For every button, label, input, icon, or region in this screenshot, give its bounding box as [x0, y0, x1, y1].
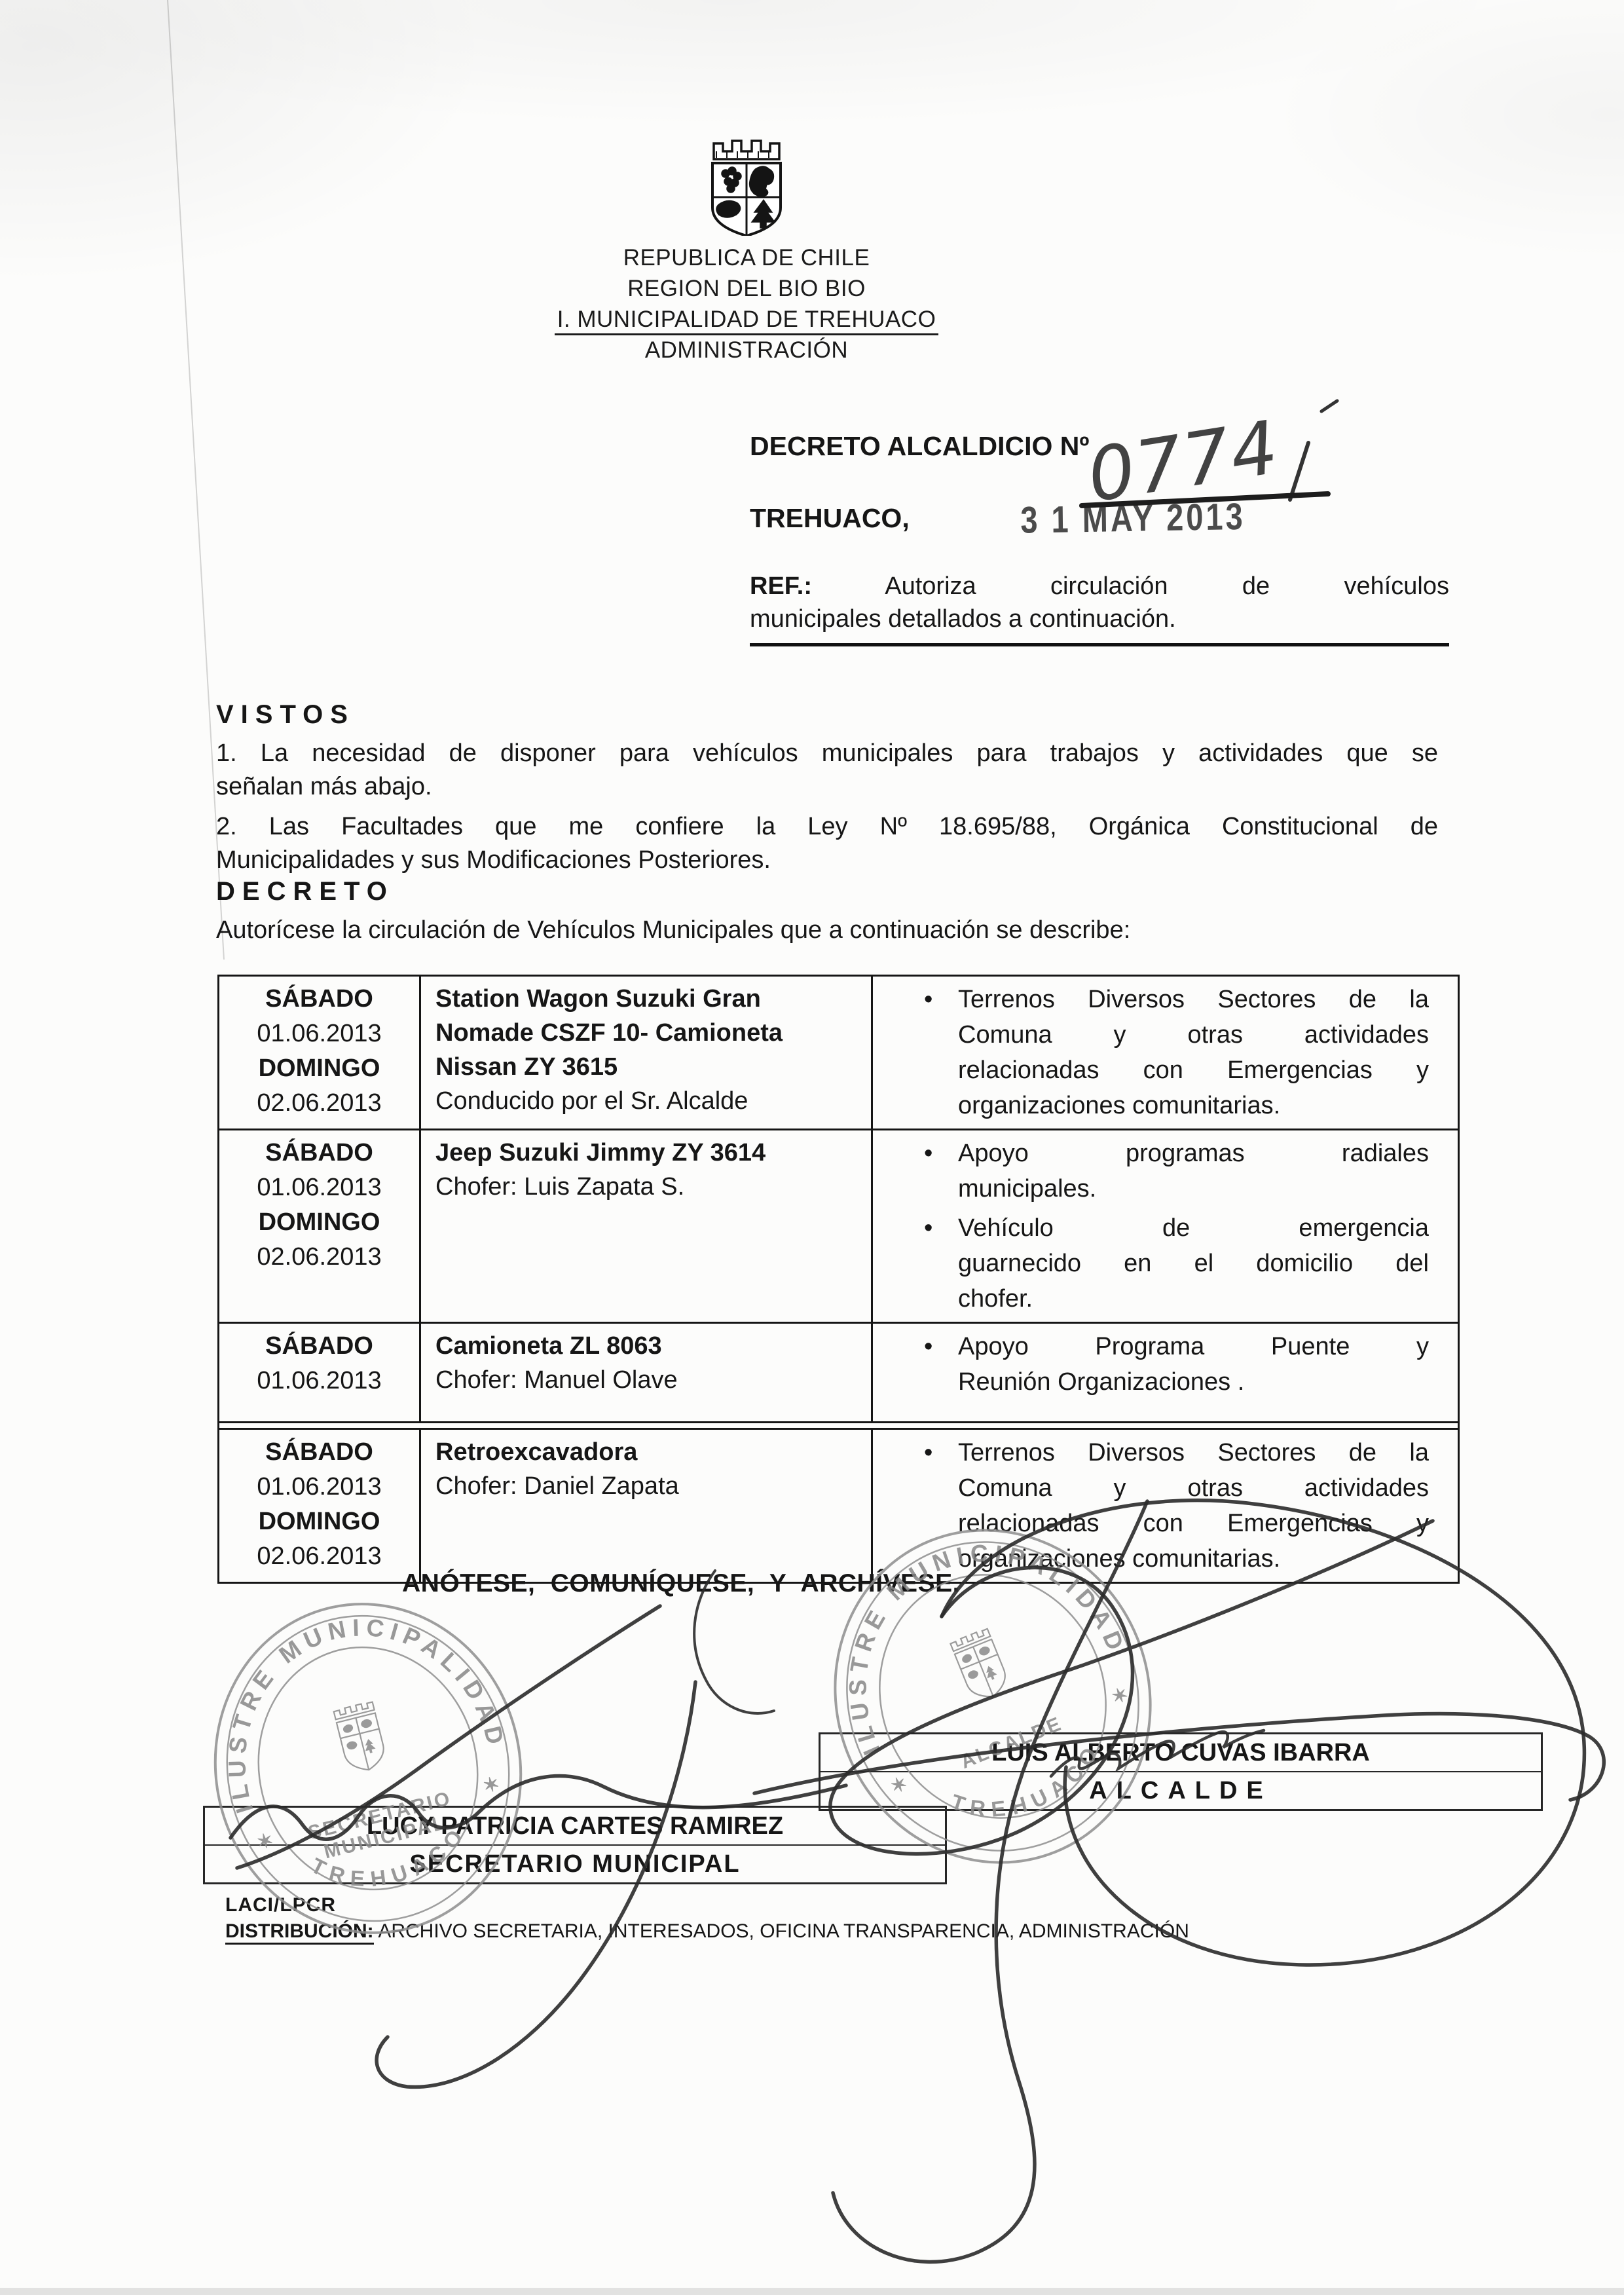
- vistos-section: VISTOS 1. La necesidad de disponer para …: [216, 698, 1438, 877]
- row-vehicle: Station Wagon Suzuki Gran Nomade CSZF 10…: [421, 977, 873, 1129]
- row-tasks: • Apoyo Programa Puente y Reunión Organi…: [873, 1324, 1458, 1421]
- bullet-icon: •: [924, 982, 958, 1123]
- secretary-signature-box: LUCY PATRICIA CARTES RAMIREZ SECRETARIO …: [203, 1806, 947, 1884]
- vistos-item2-line2: Municipalidades y sus Modificaciones Pos…: [216, 844, 1438, 877]
- decreto-heading: DECRETO: [216, 875, 1438, 908]
- municipal-coat-of-arms-icon: [684, 134, 809, 236]
- vehicle-schedule-table: SÁBADO 01.06.2013 DOMINGO 02.06.2013 Sta…: [217, 975, 1460, 1584]
- secretary-name: LUCY PATRICIA CARTES RAMIREZ: [205, 1808, 945, 1846]
- bullet-icon: •: [924, 1329, 958, 1400]
- decreto-intro: Autorícese la circulación de Vehículos M…: [216, 914, 1438, 947]
- ref-block: REF.: Autoriza circulación de vehículos …: [750, 570, 1449, 646]
- closing-order: ANÓTESE, COMUNÍQUESE, Y ARCHÍVESE.: [402, 1569, 960, 1598]
- row-vehicle: Retroexcavadora Chofer: Daniel Zapata: [421, 1430, 873, 1582]
- mayor-name: LUIS ALBERTO CUVAS IBARRA: [821, 1734, 1541, 1772]
- vistos-item1-line1: 1. La necesidad de disponer para vehícul…: [216, 737, 1438, 770]
- svg-text:ILUSTRE MUNICIPALIDAD: ILUSTRE MUNICIPALIDAD: [191, 1583, 511, 1817]
- decreto-section: DECRETO Autorícese la circulación de Veh…: [216, 875, 1438, 947]
- ref-line1: REF.: Autoriza circulación de vehículos: [750, 570, 1449, 603]
- header-region: REGION DEL BIO BIO: [419, 273, 1074, 304]
- scanned-decree-page: REPUBLICA DE CHILE REGION DEL BIO BIO I.…: [0, 0, 1624, 2295]
- table-row: SÁBADO 01.06.2013 Camioneta ZL 8063 Chof…: [219, 1324, 1458, 1423]
- bullet-icon: •: [924, 1435, 958, 1577]
- bullet-icon: •: [924, 1136, 958, 1206]
- mayor-signature-box: LUIS ALBERTO CUVAS IBARRA ALCALDE: [819, 1732, 1543, 1811]
- bullet-icon: •: [924, 1210, 958, 1316]
- date-stamp: 3 1 MAY 2013: [1020, 494, 1246, 542]
- vistos-heading: VISTOS: [216, 698, 1438, 732]
- header-country: REPUBLICA DE CHILE: [419, 242, 1074, 273]
- decree-city: TREHUACO,: [750, 503, 910, 534]
- header-municipality: I. MUNICIPALIDAD DE TREHUACO: [419, 304, 1074, 335]
- row-dates: SÁBADO 01.06.2013 DOMINGO 02.06.2013: [219, 1130, 421, 1322]
- decree-title: DECRETO ALCALDICIO Nº: [750, 431, 1089, 462]
- table-row: SÁBADO 01.06.2013 DOMINGO 02.06.2013 Jee…: [219, 1130, 1458, 1324]
- row-dates: SÁBADO 01.06.2013 DOMINGO 02.06.2013: [219, 977, 421, 1129]
- row-vehicle: Camioneta ZL 8063 Chofer: Manuel Olave: [421, 1324, 873, 1421]
- row-vehicle: Jeep Suzuki Jimmy ZY 3614 Chofer: Luis Z…: [421, 1130, 873, 1322]
- footer: LACI/LPCR DISTRIBUCIÓN: ARCHIVO SECRETAR…: [225, 1894, 1189, 1943]
- row-tasks: • Terrenos Diversos Sectores de la Comun…: [873, 1430, 1458, 1582]
- table-row: SÁBADO 01.06.2013 DOMINGO 02.06.2013 Ret…: [219, 1428, 1458, 1582]
- vistos-item2-line1: 2. Las Facultades que me confiere la Ley…: [216, 810, 1438, 844]
- letterhead: REPUBLICA DE CHILE REGION DEL BIO BIO I.…: [419, 134, 1074, 365]
- vistos-item1-line2: señalan más abajo.: [216, 770, 1438, 804]
- mayor-title: ALCALDE: [821, 1772, 1541, 1809]
- header-department: ADMINISTRACIÓN: [419, 335, 1074, 365]
- ref-label: REF.:: [750, 572, 812, 600]
- row-tasks: • Terrenos Diversos Sectores de la Comun…: [873, 977, 1458, 1129]
- ref-line2: municipales detallados a continuación.: [750, 603, 1449, 635]
- scan-edge-shadow: [0, 2288, 1624, 2295]
- row-tasks: • Apoyo programas radiales municipales. …: [873, 1130, 1458, 1322]
- star-icon: ✶: [1109, 1682, 1134, 1709]
- star-icon: ✶: [481, 1772, 504, 1798]
- distribution-label: DISTRIBUCIÓN:: [225, 1920, 374, 1945]
- row-dates: SÁBADO 01.06.2013: [219, 1324, 421, 1421]
- distribution-text: ARCHIVO SECRETARIA, INTERESADOS, OFICINA…: [374, 1920, 1189, 1942]
- footer-initials: LACI/LPCR: [225, 1894, 1189, 1916]
- secretary-title: SECRETARIO MUNICIPAL: [205, 1846, 945, 1882]
- distribution-line: DISTRIBUCIÓN: ARCHIVO SECRETARIA, INTERE…: [225, 1920, 1189, 1943]
- table-row: SÁBADO 01.06.2013 DOMINGO 02.06.2013 Sta…: [219, 977, 1458, 1130]
- row-dates: SÁBADO 01.06.2013 DOMINGO 02.06.2013: [219, 1430, 421, 1582]
